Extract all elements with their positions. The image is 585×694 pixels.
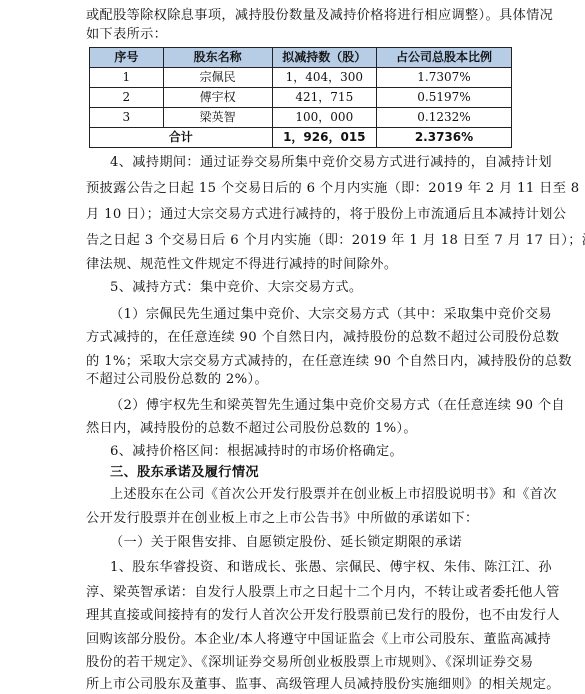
cell-shares: 100，000: [272, 108, 376, 128]
cell-name: 宗佩民: [163, 68, 272, 88]
commit1-line-2: 淳、梁英智承诺：自发行人股票上市之日起十二个月内，不转让或者委托他人管: [86, 585, 530, 601]
method1-line-4: 不超过公司股份总数的 2%）。: [86, 372, 530, 388]
table-total-row: 合计 1，926，015 2.3736%: [90, 128, 512, 148]
commit1-line-5: 股份的若干规定》、《深圳证券交易所创业板股票上市规则》、《深圳证券交易: [86, 655, 530, 671]
period-line-2: 预披露公告之日起 15 个交易日后的 6 个月内实施（即：2019 年 2 月 …: [86, 181, 530, 197]
subsection-1: （一）关于限售安排、自愿锁定股份、延长锁定期限的承诺: [110, 535, 530, 551]
header-ratio: 占公司总股本比例: [376, 48, 511, 68]
method2-line-2: 然日内，减持股份的总数不超过公司股份总数的 1%）。: [86, 421, 530, 437]
total-shares: 1，926，015: [272, 128, 376, 148]
commit1-line-6: 所上市公司股东及董事、监事、高级管理人员减持股份实施细则》的相关规定。: [86, 677, 530, 693]
total-ratio: 2.3736%: [376, 128, 511, 148]
method1-line-3: 的 1%；采取大宗交易方式减持的，在任意连续 90 个自然日内，减持股份的总数: [86, 354, 530, 370]
cell-no: 1: [90, 68, 164, 88]
cell-ratio: 0.5197%: [376, 88, 511, 108]
cell-ratio: 1.7307%: [376, 68, 511, 88]
commit1-line-3: 理其直接或间接持有的发行人首次公开发行股票前已发行的股份，也不由发行人: [86, 608, 530, 624]
cell-shares: 1，404，300: [272, 68, 376, 88]
cell-no: 2: [90, 88, 164, 108]
section-heading-3: 三、股东承诺及履行情况: [110, 465, 530, 481]
method1-line-1: （1）宗佩民先生通过集中竞价、大宗交易方式（其中：采取集中竞价交易: [110, 307, 530, 323]
header-name: 股东名称: [163, 48, 272, 68]
header-shares: 拟减持数（股）: [272, 48, 376, 68]
period-line-5: 律法规、规范性文件规定不得进行减持的时间除外。: [86, 257, 530, 273]
cell-ratio: 0.1232%: [376, 108, 511, 128]
commit1-line-1: 1、股东华睿投资、和谐成长、张愚、宗佩民、傅宇权、朱伟、陈江江、孙: [110, 560, 530, 576]
method2-line-1: （2）傅宇权先生和梁英智先生通过集中竞价交易方式（在任意连续 90 个自: [110, 398, 530, 414]
cell-no: 3: [90, 108, 164, 128]
period-line-4: 告之日起 3 个交易日后 6 个月内实施（即：2019 年 1 月 18 日至 …: [86, 233, 530, 249]
period-line-1: 4、减持期间：通过证券交易所集中竞价交易方式进行减持的，自减持计划: [110, 155, 530, 171]
cell-name: 傅宇权: [163, 88, 272, 108]
cell-name: 梁英智: [163, 108, 272, 128]
commit-intro-line-2: 公开发行股票并在创业板上市之上市公告书》中所做的承诺如下：: [86, 511, 530, 527]
intro-line-2: 如下表所示：: [86, 27, 530, 43]
document-page: 或配股等除权除息事项，减持股份数量及减持价格将进行相应调整）。具体情况 如下表所…: [0, 0, 585, 694]
intro-line-1: 或配股等除权除息事项，减持股份数量及减持价格将进行相应调整）。具体情况: [86, 8, 530, 24]
method-title: 5、减持方式：集中竞价、大宗交易方式。: [110, 280, 530, 296]
commit1-line-4: 回购该部分股份。本企业/本人将遵守中国证监会《上市公司股东、董监高减持: [86, 632, 530, 648]
table-header-row: 序号 股东名称 拟减持数（股） 占公司总股本比例: [90, 48, 512, 68]
method1-line-2: 方式减持的，在任意连续 90 个自然日内，减持股份的总数不超过公司股份总数: [86, 330, 530, 346]
header-no: 序号: [90, 48, 164, 68]
share-reduction-table: 序号 股东名称 拟减持数（股） 占公司总股本比例 1 宗佩民 1，404，300…: [89, 47, 512, 148]
table-row: 2 傅宇权 421，715 0.5197%: [90, 88, 512, 108]
table-row: 3 梁英智 100，000 0.1232%: [90, 108, 512, 128]
period-line-3: 月 10 日）；通过大宗交易方式进行减持的，将于股份上市流通后且本减持计划公: [86, 207, 530, 223]
table-row: 1 宗佩民 1，404，300 1.7307%: [90, 68, 512, 88]
cell-shares: 421，715: [272, 88, 376, 108]
total-label: 合计: [90, 128, 273, 148]
price-range: 6、减持价格区间：根据减持时的市场价格确定。: [110, 444, 530, 460]
commit-intro-line-1: 上述股东在公司《首次公开发行股票并在创业板上市招股说明书》和《首次: [110, 487, 530, 503]
